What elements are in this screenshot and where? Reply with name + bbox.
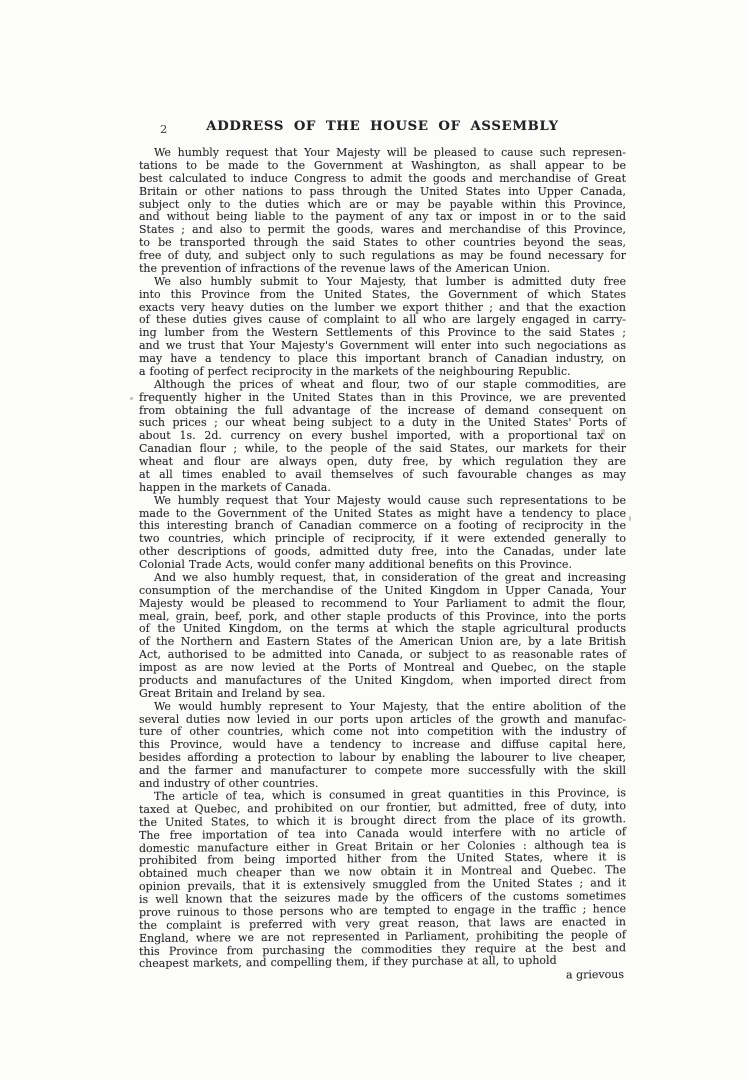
document-page: 2 ADDRESS OF THE HOUSE OF ASSEMBLY We hu… xyxy=(0,0,748,1080)
body-paragraph: We humbly request that Your Majesty will… xyxy=(139,147,626,276)
text-line: wheat and flour are always open, duty fr… xyxy=(139,456,626,469)
page-number: 2 xyxy=(160,122,167,136)
text-line: Colonial Trade Acts, would confer many a… xyxy=(139,559,626,572)
text-line: And we also humbly request, that, in con… xyxy=(139,572,626,585)
text-line: We would humbly represent to Your Majest… xyxy=(139,701,626,714)
page-header: 2 ADDRESS OF THE HOUSE OF ASSEMBLY xyxy=(139,119,626,137)
text-line: free of duty, and subject only to such r… xyxy=(139,250,626,263)
text-line: and the farmer and manufacturer to compe… xyxy=(139,765,626,778)
text-line: We humbly request that Your Majesty will… xyxy=(139,147,626,160)
body-paragraph: And we also humbly request, that, in con… xyxy=(139,572,626,701)
text-line: We humbly request that Your Majesty woul… xyxy=(139,495,626,508)
document-body: We humbly request that Your Majesty will… xyxy=(139,147,626,984)
text-line: Majesty would be pleased to recommend to… xyxy=(139,598,626,611)
text-line: impost as are now levied at the Ports of… xyxy=(139,662,626,675)
scan-speck xyxy=(601,429,605,435)
body-paragraph: Although the prices of wheat and flour, … xyxy=(139,379,626,495)
text-line: a footing of perfect reciprocity in the … xyxy=(139,366,626,379)
text-line: cheapest markets, and compelling them, i… xyxy=(139,954,626,971)
text-line: the prevention of infractions of the rev… xyxy=(139,263,626,276)
text-line: happen in the markets of Canada. xyxy=(139,482,626,495)
body-paragraph: We would humbly represent to Your Majest… xyxy=(139,701,626,791)
page-title: ADDRESS OF THE HOUSE OF ASSEMBLY xyxy=(139,119,626,134)
text-line: best calculated to induce Congress to ad… xyxy=(139,173,626,186)
text-line: frequently higher in the United States t… xyxy=(139,392,626,405)
text-line: Although the prices of wheat and flour, … xyxy=(139,379,626,392)
text-line: tations to be made to the Government at … xyxy=(139,160,626,173)
body-paragraph: The article of tea, which is consumed in… xyxy=(139,787,626,971)
text-line: Britain or other nations to pass through… xyxy=(139,186,626,199)
text-line: may have a tendency to place this import… xyxy=(139,353,626,366)
text-line: at all times enabled to avail themselves… xyxy=(139,469,626,482)
text-line: into this Province from the United State… xyxy=(139,289,626,302)
text-line: products and manufactures of the United … xyxy=(139,675,626,688)
scan-speck xyxy=(130,397,133,400)
text-line: Great Britain and Ireland by sea. xyxy=(139,688,626,701)
scan-speck xyxy=(629,516,631,521)
text-line: We also humbly submit to Your Majesty, t… xyxy=(139,276,626,289)
body-paragraph: We also humbly submit to Your Majesty, t… xyxy=(139,276,626,379)
text-line: consumption of the merchandise of the Un… xyxy=(139,585,626,598)
body-paragraph: We humbly request that Your Majesty woul… xyxy=(139,495,626,572)
catchword: a grievous xyxy=(139,969,626,986)
